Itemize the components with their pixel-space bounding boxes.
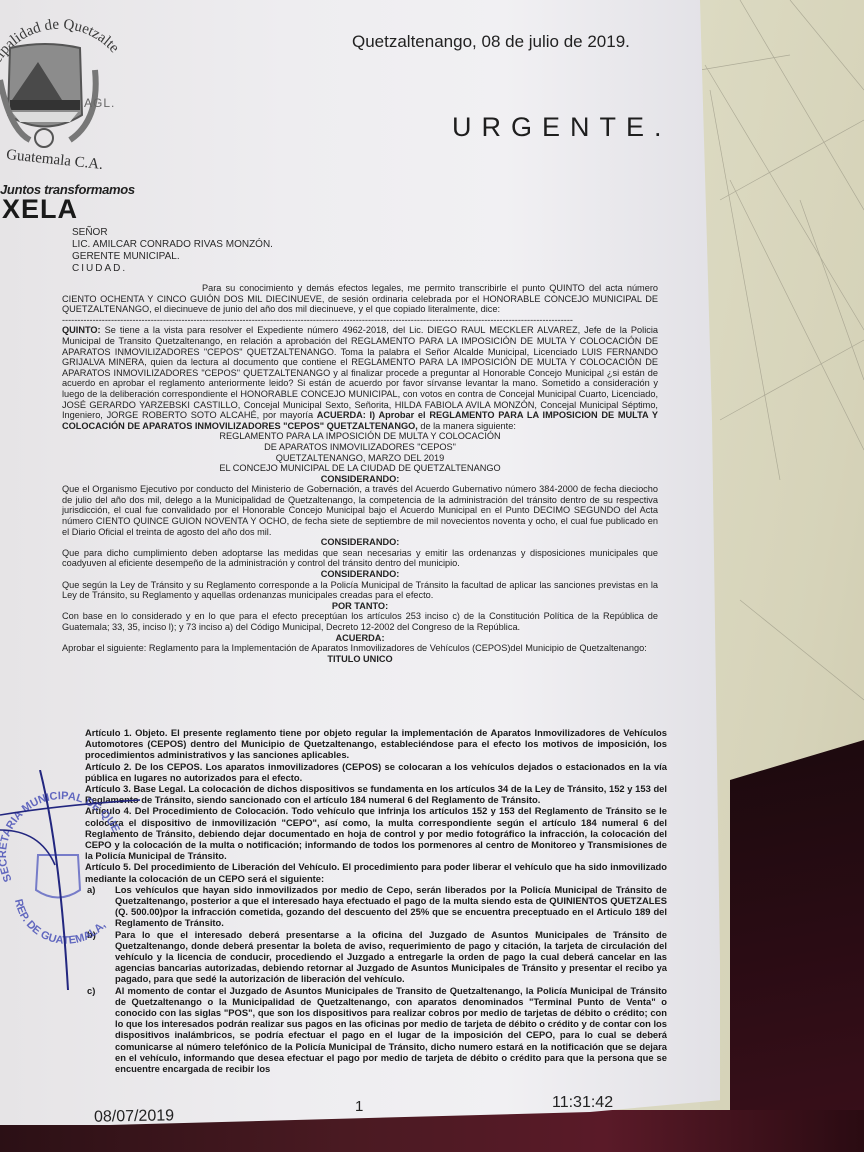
footer-time: 11:31:42 xyxy=(552,1094,613,1112)
pencil-lines-decoration xyxy=(700,0,864,760)
por-tanto-heading: POR TANTO: xyxy=(62,601,658,612)
article-paragraph: Artículo 3. Base Legal. La colocación de… xyxy=(85,783,667,805)
list-item-text: Al momento de contar el Juzgado de Asunt… xyxy=(115,985,667,1075)
quinto-paragraph: QUINTO: Se tiene a la vista para resolve… xyxy=(62,325,658,431)
list-item: a) Los vehículos que hayan sido inmovili… xyxy=(85,884,667,929)
article-paragraph: Artículo 2. De los CEPOS. Los aparatos i… xyxy=(85,761,667,783)
footer-date: 08/07/2019 xyxy=(94,1107,174,1126)
addressee-line: CIUDAD. xyxy=(72,263,273,275)
acuerda-tail: de la manera siguiente: xyxy=(418,421,516,431)
regulation-title-line: DE APARATOS INMOVILIZADORES "CEPOS" xyxy=(62,442,658,453)
por-tanto-paragraph: Con base en lo considerado y en lo que p… xyxy=(62,611,658,632)
considerando-paragraph: Que el Organismo Ejecutivo por conducto … xyxy=(62,484,658,537)
considerando-paragraph: Que según la Ley de Tránsito y su Reglam… xyxy=(62,580,658,601)
article-paragraph: Artículo 5. Del procedimiento de Liberac… xyxy=(85,861,667,883)
brand-logo-text: XELA xyxy=(2,194,78,225)
regulation-title-line: REGLAMENTO PARA LA IMPOSICIÓN DE MULTA Y… xyxy=(62,431,658,442)
considerando-paragraph: Que para dicho cumplimiento deben adopta… xyxy=(62,548,658,569)
considerando-heading: CONSIDERANDO: xyxy=(62,537,658,548)
quinto-text: Se tiene a la vista para resolver el Exp… xyxy=(62,325,658,420)
titulo-unico-heading: TITULO UNICO xyxy=(62,654,658,665)
list-item-label: a) xyxy=(85,884,115,929)
intro-paragraph: Para su conocimiento y demás efectos leg… xyxy=(62,283,658,315)
aprobar-paragraph: Aprobar el siguiente: Reglamento para la… xyxy=(62,643,658,654)
urgent-heading: URGENTE. xyxy=(452,112,672,143)
addressee-block: SEÑOR LIC. AMILCAR CONRADO RIVAS MONZÓN.… xyxy=(72,227,273,275)
handwritten-initials: AGL. xyxy=(84,96,115,110)
dash-filler: ----------------------------------------… xyxy=(62,315,658,326)
article-paragraph: Artículo 4. Del Procedimiento de Colocac… xyxy=(85,805,667,861)
list-item: c) Al momento de contar el Juzgado de As… xyxy=(85,985,667,1075)
addressee-line: SEÑOR xyxy=(72,227,273,239)
list-item-text: Los vehículos que hayan sido inmovilizad… xyxy=(115,884,667,929)
dark-fabric-background xyxy=(730,740,864,1152)
regulation-title-line: EL CONCEJO MUNICIPAL DE LA CIUDAD DE QUE… xyxy=(62,463,658,474)
page-number: 1 xyxy=(355,1098,363,1115)
acuerda-heading: ACUERDA: xyxy=(62,633,658,644)
list-item-text: Para lo que el interesado deberá present… xyxy=(115,929,667,985)
considerando-heading: CONSIDERANDO: xyxy=(62,569,658,580)
addressee-line: GERENTE MUNICIPAL. xyxy=(72,251,273,263)
list-item-label: b) xyxy=(85,929,115,985)
articles-section: Artículo 1. Objeto. El presente reglamen… xyxy=(85,727,667,1074)
list-item-label: c) xyxy=(85,985,115,1075)
letter-date: Quetzaltenango, 08 de julio de 2019. xyxy=(352,32,630,52)
addressee-line: LIC. AMILCAR CONRADO RIVAS MONZÓN. xyxy=(72,239,273,251)
quinto-label: QUINTO: xyxy=(62,325,101,335)
regulation-title-line: QUETZALTENANGO, MARZO DEL 2019 xyxy=(62,453,658,464)
document: Municipalidad de Quetzaltenango AGL. Gua… xyxy=(0,0,720,1130)
article-paragraph: Artículo 1. Objeto. El presente reglamen… xyxy=(85,727,667,761)
considerando-heading: CONSIDERANDO: xyxy=(62,474,658,485)
letter-body: Para su conocimiento y demás efectos leg… xyxy=(62,283,658,664)
list-item: b) Para lo que el interesado deberá pres… xyxy=(85,929,667,985)
